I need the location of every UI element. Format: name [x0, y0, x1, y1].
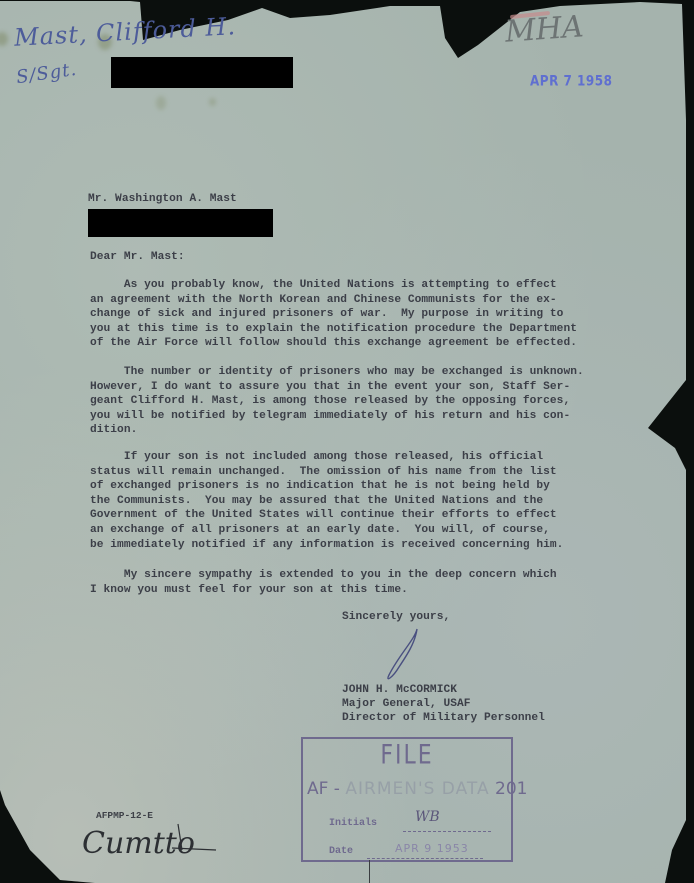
note-underline	[168, 820, 228, 860]
age-stain	[156, 96, 166, 110]
age-stain	[209, 98, 216, 106]
initials-label: Initials	[329, 818, 377, 829]
body-paragraph-4: My sincere sympathy is extended to you i…	[90, 568, 557, 597]
recipient-name: Mr. Washington A. Mast	[88, 192, 237, 207]
ink-line	[369, 860, 370, 883]
signer-title: Major General, USAF	[342, 697, 471, 711]
file-stamp-title: FILE	[303, 741, 511, 771]
redaction-box-serial	[111, 57, 293, 88]
date-value: APR 9 1953	[395, 842, 469, 855]
file-stamp-category: AF - AIRMEN'S DATA 201	[307, 779, 527, 799]
file-stamp-number: 201	[495, 779, 527, 799]
body-paragraph-2: The number or identity of prisoners who …	[90, 365, 584, 438]
signer-name: JOHN H. McCORMICK	[342, 683, 457, 697]
signer-position: Director of Military Personnel	[342, 711, 545, 725]
date-line	[367, 857, 483, 859]
file-stamp-prefix: AF -	[307, 779, 340, 799]
received-date-stamp: APR 7 1958	[530, 73, 612, 89]
date-label: Date	[329, 846, 353, 857]
body-paragraph-1: As you probably know, the United Nations…	[90, 278, 577, 351]
redaction-box-address	[88, 209, 273, 237]
initials-line	[403, 830, 491, 832]
signature-mark	[375, 625, 435, 685]
age-stain	[0, 32, 8, 46]
form-number: AFPMP-12-E	[96, 810, 153, 821]
file-stamp-faded-text: AIRMEN'S DATA	[345, 779, 489, 799]
initials-value: WB	[415, 809, 440, 825]
body-paragraph-3: If your son is not included among those …	[90, 450, 563, 552]
file-stamp: FILE AF - AIRMEN'S DATA 201 Initials WB …	[301, 737, 513, 862]
closing: Sincerely yours,	[342, 610, 450, 625]
salutation: Dear Mr. Mast:	[90, 250, 185, 265]
